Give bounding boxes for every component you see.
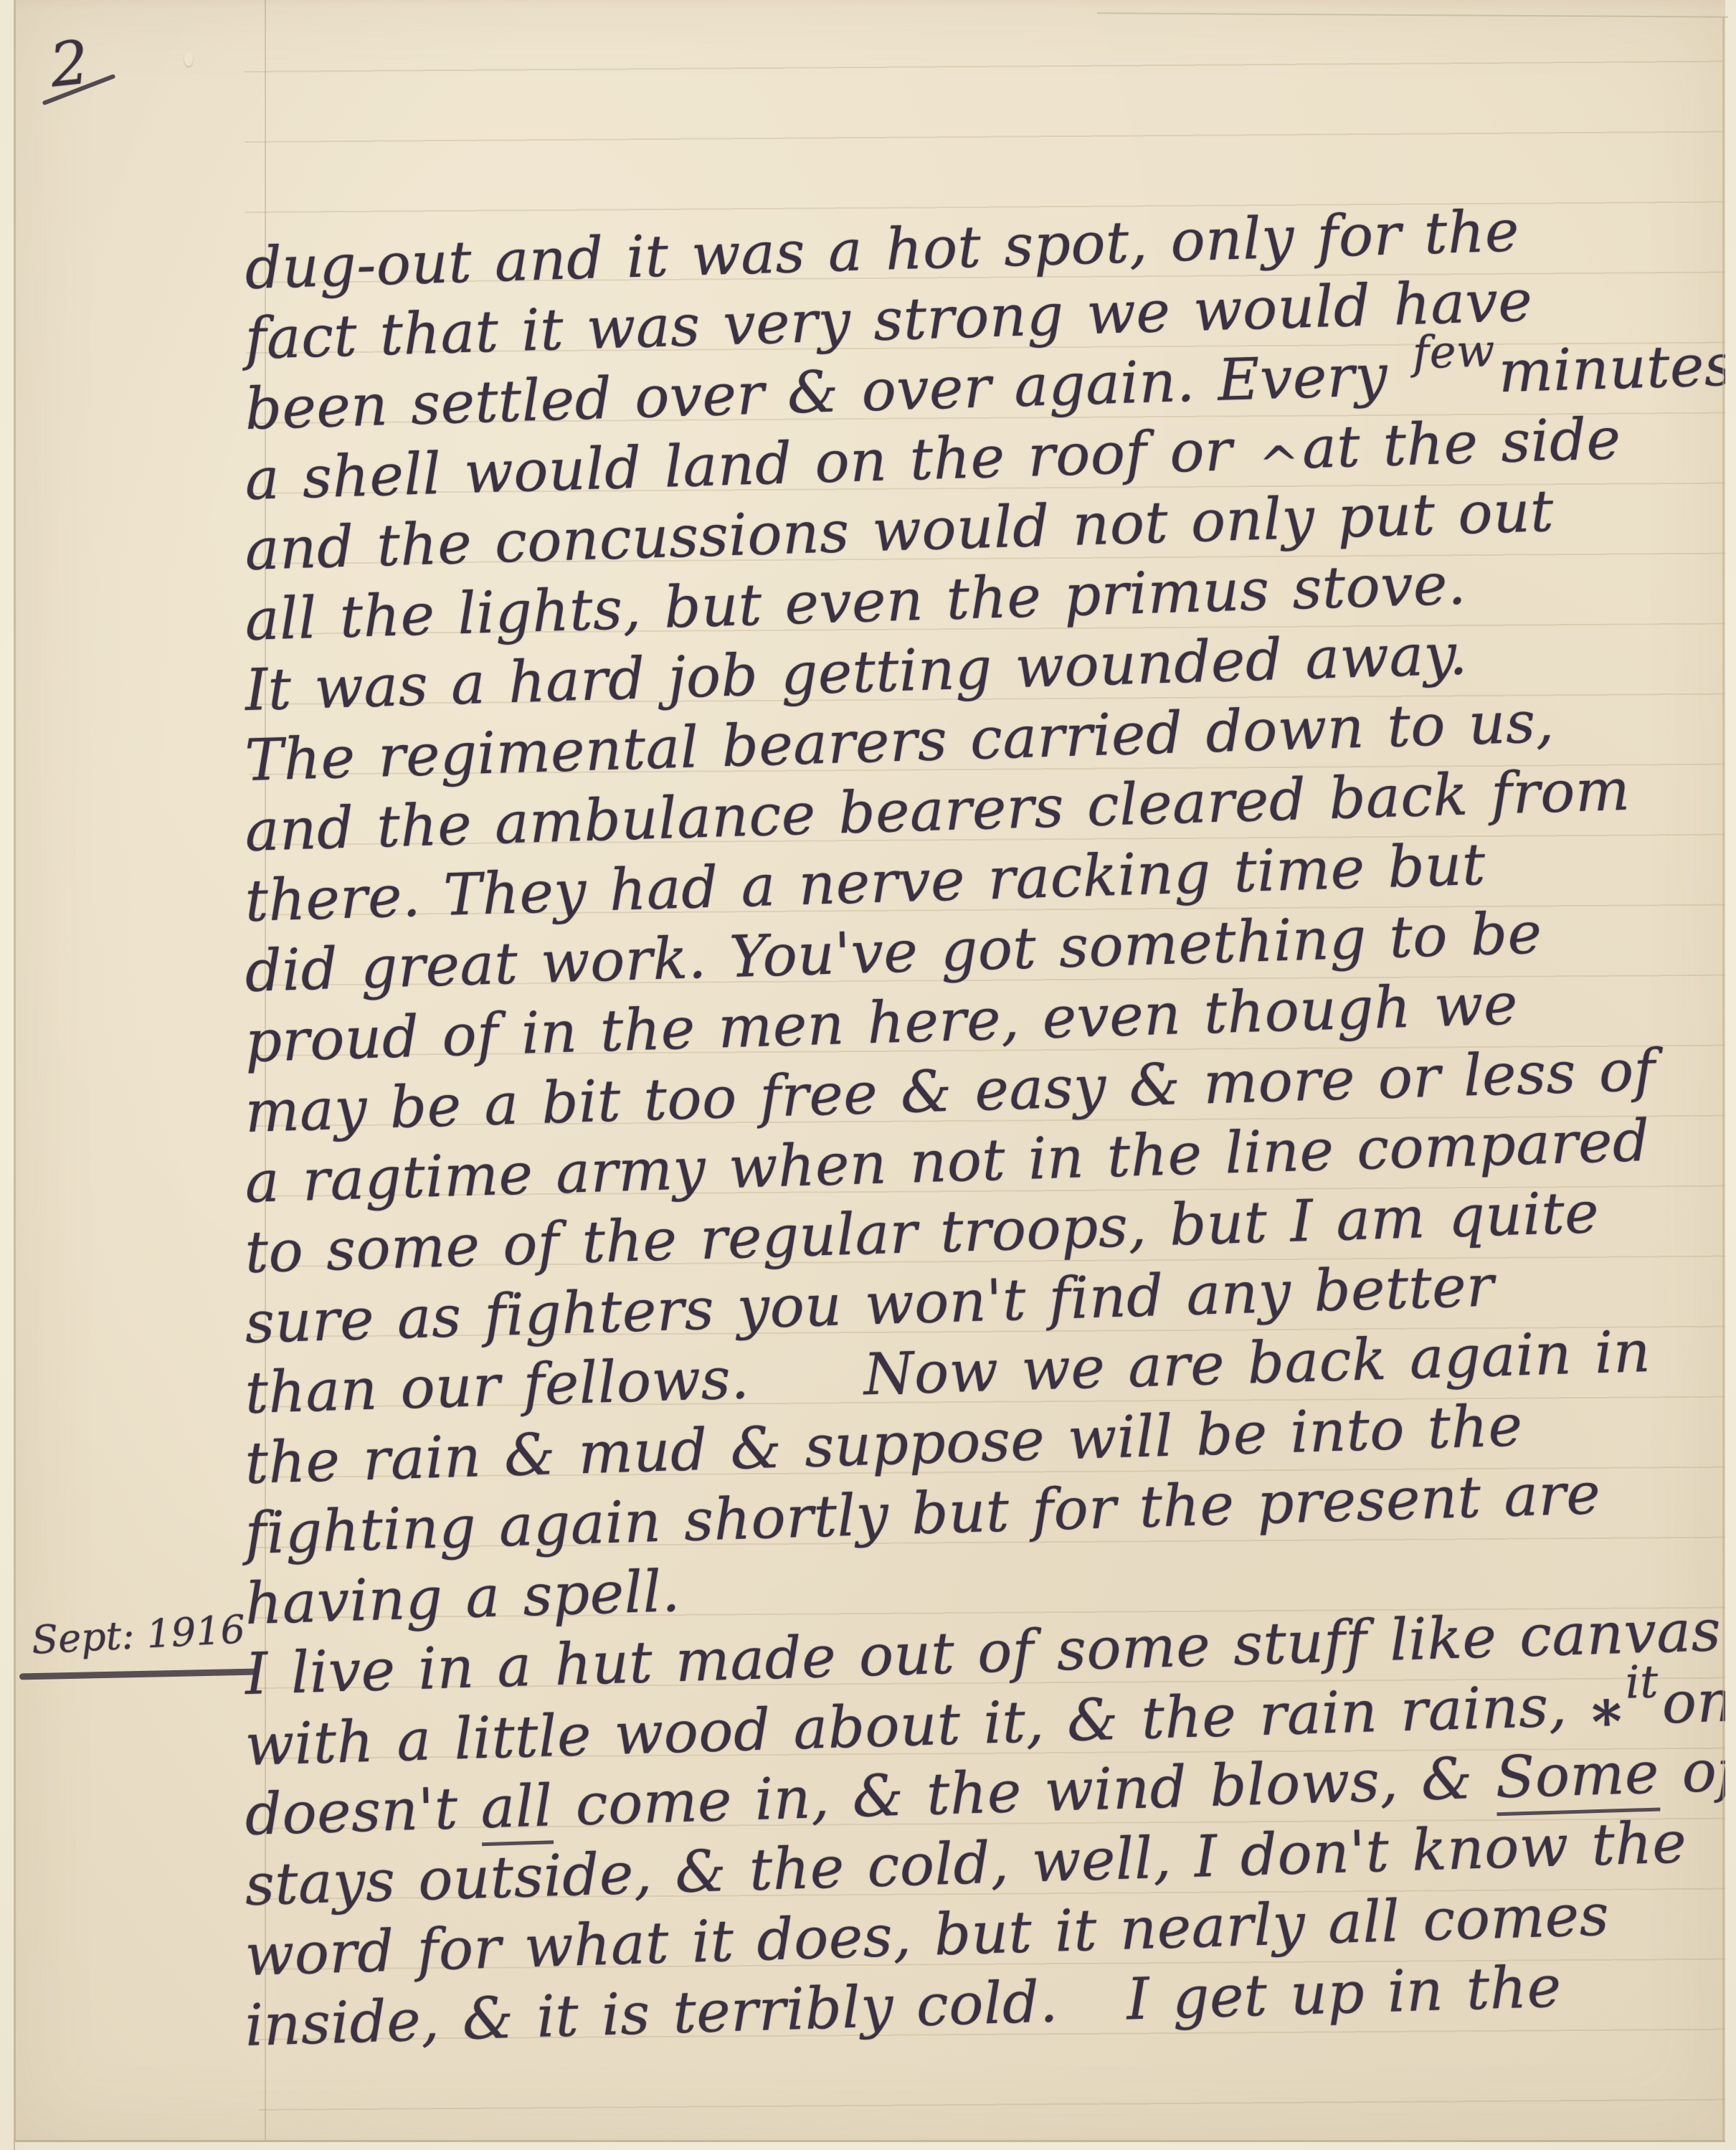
handwriting-underline: Some xyxy=(1494,1740,1660,1817)
handwriting-segment: doesn't xyxy=(244,1774,481,1848)
scan-edge-bottom xyxy=(15,2140,1725,2150)
handwriting-insert-above: it xyxy=(1625,1659,1659,1705)
scan-edge-right xyxy=(1725,0,1736,2150)
handwriting-caret: ^ xyxy=(1258,440,1300,491)
handwriting-segment: minutes xyxy=(1497,331,1735,405)
handwriting-segment: at the side xyxy=(1301,405,1622,481)
scan-edge-left xyxy=(0,0,15,2150)
handwriting-insert-above: few xyxy=(1412,328,1496,376)
page-number: 2 xyxy=(47,27,92,100)
paper-edge-left-line xyxy=(14,0,16,2150)
scanned-letter-page: { "document": { "page_number": "2", "mar… xyxy=(0,0,1736,2150)
handwriting-underline: all xyxy=(480,1772,554,1846)
paper-edge-right-line xyxy=(1722,17,1725,2140)
handwriting-line: having a spell. xyxy=(245,1563,681,1633)
handwriting-segment: having a spell. xyxy=(244,1558,680,1637)
paper-blemish xyxy=(184,52,193,66)
